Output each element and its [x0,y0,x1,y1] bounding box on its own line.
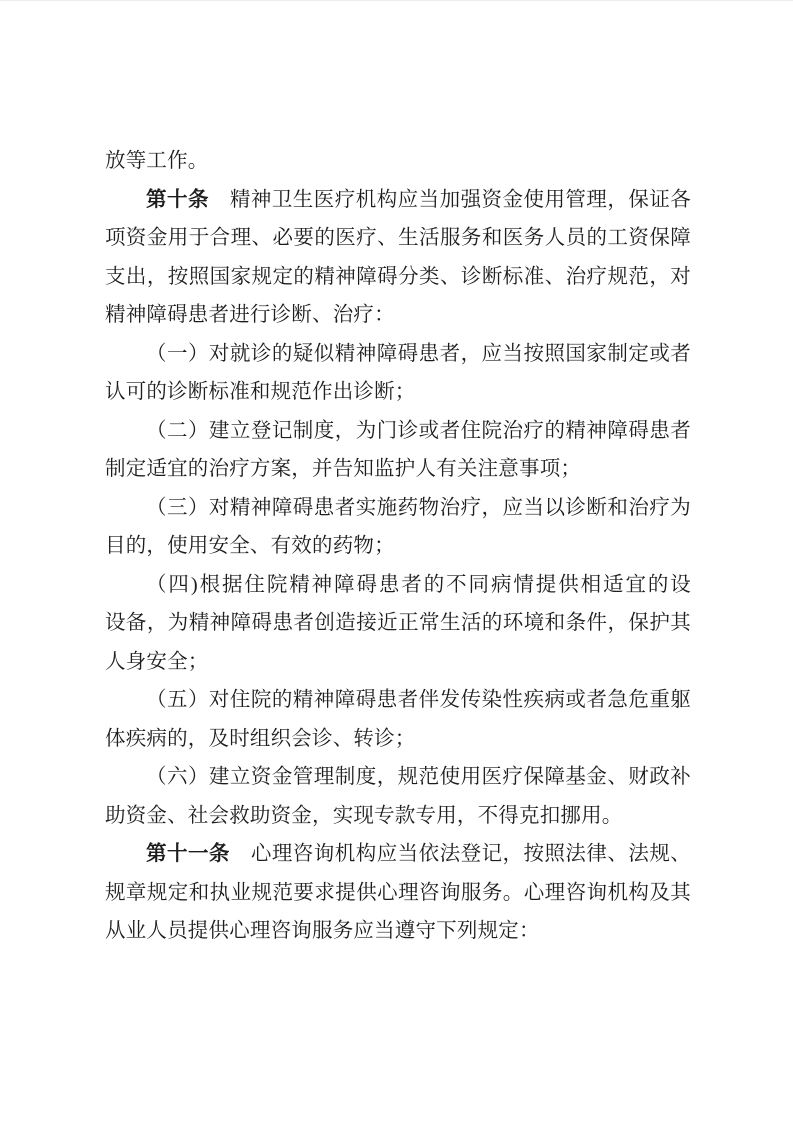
line-text: 精神障碍患者进行诊断、治疗： [105,304,395,326]
line-text: 助资金、社会救助资金，实现专款专用，不得克扣挪用。 [105,805,623,827]
line-text: 放等工作。 [105,150,209,172]
text-line: 助资金、社会救助资金，实现专款专用，不得克扣挪用。 [105,797,691,836]
text-line-article-11: 第十一条 心理咨询机构应当依法登记，按照法律、法规、 [105,835,691,874]
line-text: （四)根据住院精神障碍患者的不同病情提供相适宜的设施、 [146,574,691,605]
text-line: 规章规定和执业规范要求提供心理咨询服务。心理咨询机构及其 [105,874,691,913]
line-text: 精神卫生医疗机构应当加强资金使用管理，保证各 [209,189,691,211]
line-text: 规章规定和执业规范要求提供心理咨询服务。心理咨询机构及其 [105,882,691,904]
text-line: 放等工作。 [105,142,691,181]
line-text: 从业人员提供心理咨询服务应当遵守下列规定： [105,920,540,942]
line-text: 认可的诊断标准和规范作出诊断； [105,381,416,403]
line-text: （五）对住院的精神障碍患者伴发传染性疾病或者急危重躯 [146,689,691,711]
text-line-article-10: 第十条 精神卫生医疗机构应当加强资金使用管理，保证各 [105,181,691,220]
line-text: （二）建立登记制度，为门诊或者住院治疗的精神障碍患者 [146,420,691,442]
line-text: 心理咨询机构应当依法登记，按照法律、法规、 [230,843,691,865]
line-text: 目的，使用安全、有效的药物； [105,535,395,557]
line-text: （三）对精神障碍患者实施药物治疗，应当以诊断和治疗为 [146,497,691,519]
text-line: 制定适宜的治疗方案，并告知监护人有关注意事项； [105,450,691,489]
article-number: 第十一条 [146,842,230,865]
line-text: 体疾病的，及时组织会诊、转诊； [105,728,416,750]
line-text: 项资金用于合理、必要的医疗、生活服务和医务人员的工资保障 [105,227,691,249]
document-text-block: 放等工作。 第十条 精神卫生医疗机构应当加强资金使用管理，保证各 项资金用于合理… [105,142,691,951]
text-line: 人身安全； [105,643,691,682]
text-line: 体疾病的，及时组织会诊、转诊； [105,720,691,759]
text-line-item-4: （四)根据住院精神障碍患者的不同病情提供相适宜的设施、 [105,566,691,605]
line-text: （六）建立资金管理制度，规范使用医疗保障基金、财政补 [146,766,691,788]
text-line: 目的，使用安全、有效的药物； [105,527,691,566]
line-text: 人身安全； [105,651,209,673]
line-text: （一）对就诊的疑似精神障碍患者，应当按照国家制定或者 [146,343,691,365]
text-line-item-5: （五）对住院的精神障碍患者伴发传染性疾病或者急危重躯 [105,681,691,720]
article-number: 第十条 [146,188,209,211]
text-line: 设备，为精神障碍患者创造接近正常生活的环境和条件，保护其 [105,604,691,643]
text-line: 精神障碍患者进行诊断、治疗： [105,296,691,335]
text-line: 支出，按照国家规定的精神障碍分类、诊断标准、治疗规范，对 [105,258,691,297]
text-line-item-1: （一）对就诊的疑似精神障碍患者，应当按照国家制定或者 [105,335,691,374]
line-text: 设备，为精神障碍患者创造接近正常生活的环境和条件，保护其 [105,612,691,634]
line-text: 制定适宜的治疗方案，并告知监护人有关注意事项； [105,458,581,480]
text-line-item-3: （三）对精神障碍患者实施药物治疗，应当以诊断和治疗为 [105,489,691,528]
text-line: 项资金用于合理、必要的医疗、生活服务和医务人员的工资保障 [105,219,691,258]
text-line: 认可的诊断标准和规范作出诊断； [105,373,691,412]
text-line-item-2: （二）建立登记制度，为门诊或者住院治疗的精神障碍患者 [105,412,691,451]
line-text: 支出，按照国家规定的精神障碍分类、诊断标准、治疗规范，对 [105,266,691,288]
text-line-item-6: （六）建立资金管理制度，规范使用医疗保障基金、财政补 [105,758,691,797]
document-page: 放等工作。 第十条 精神卫生医疗机构应当加强资金使用管理，保证各 项资金用于合理… [0,0,793,1123]
text-line: 从业人员提供心理咨询服务应当遵守下列规定： [105,912,691,951]
